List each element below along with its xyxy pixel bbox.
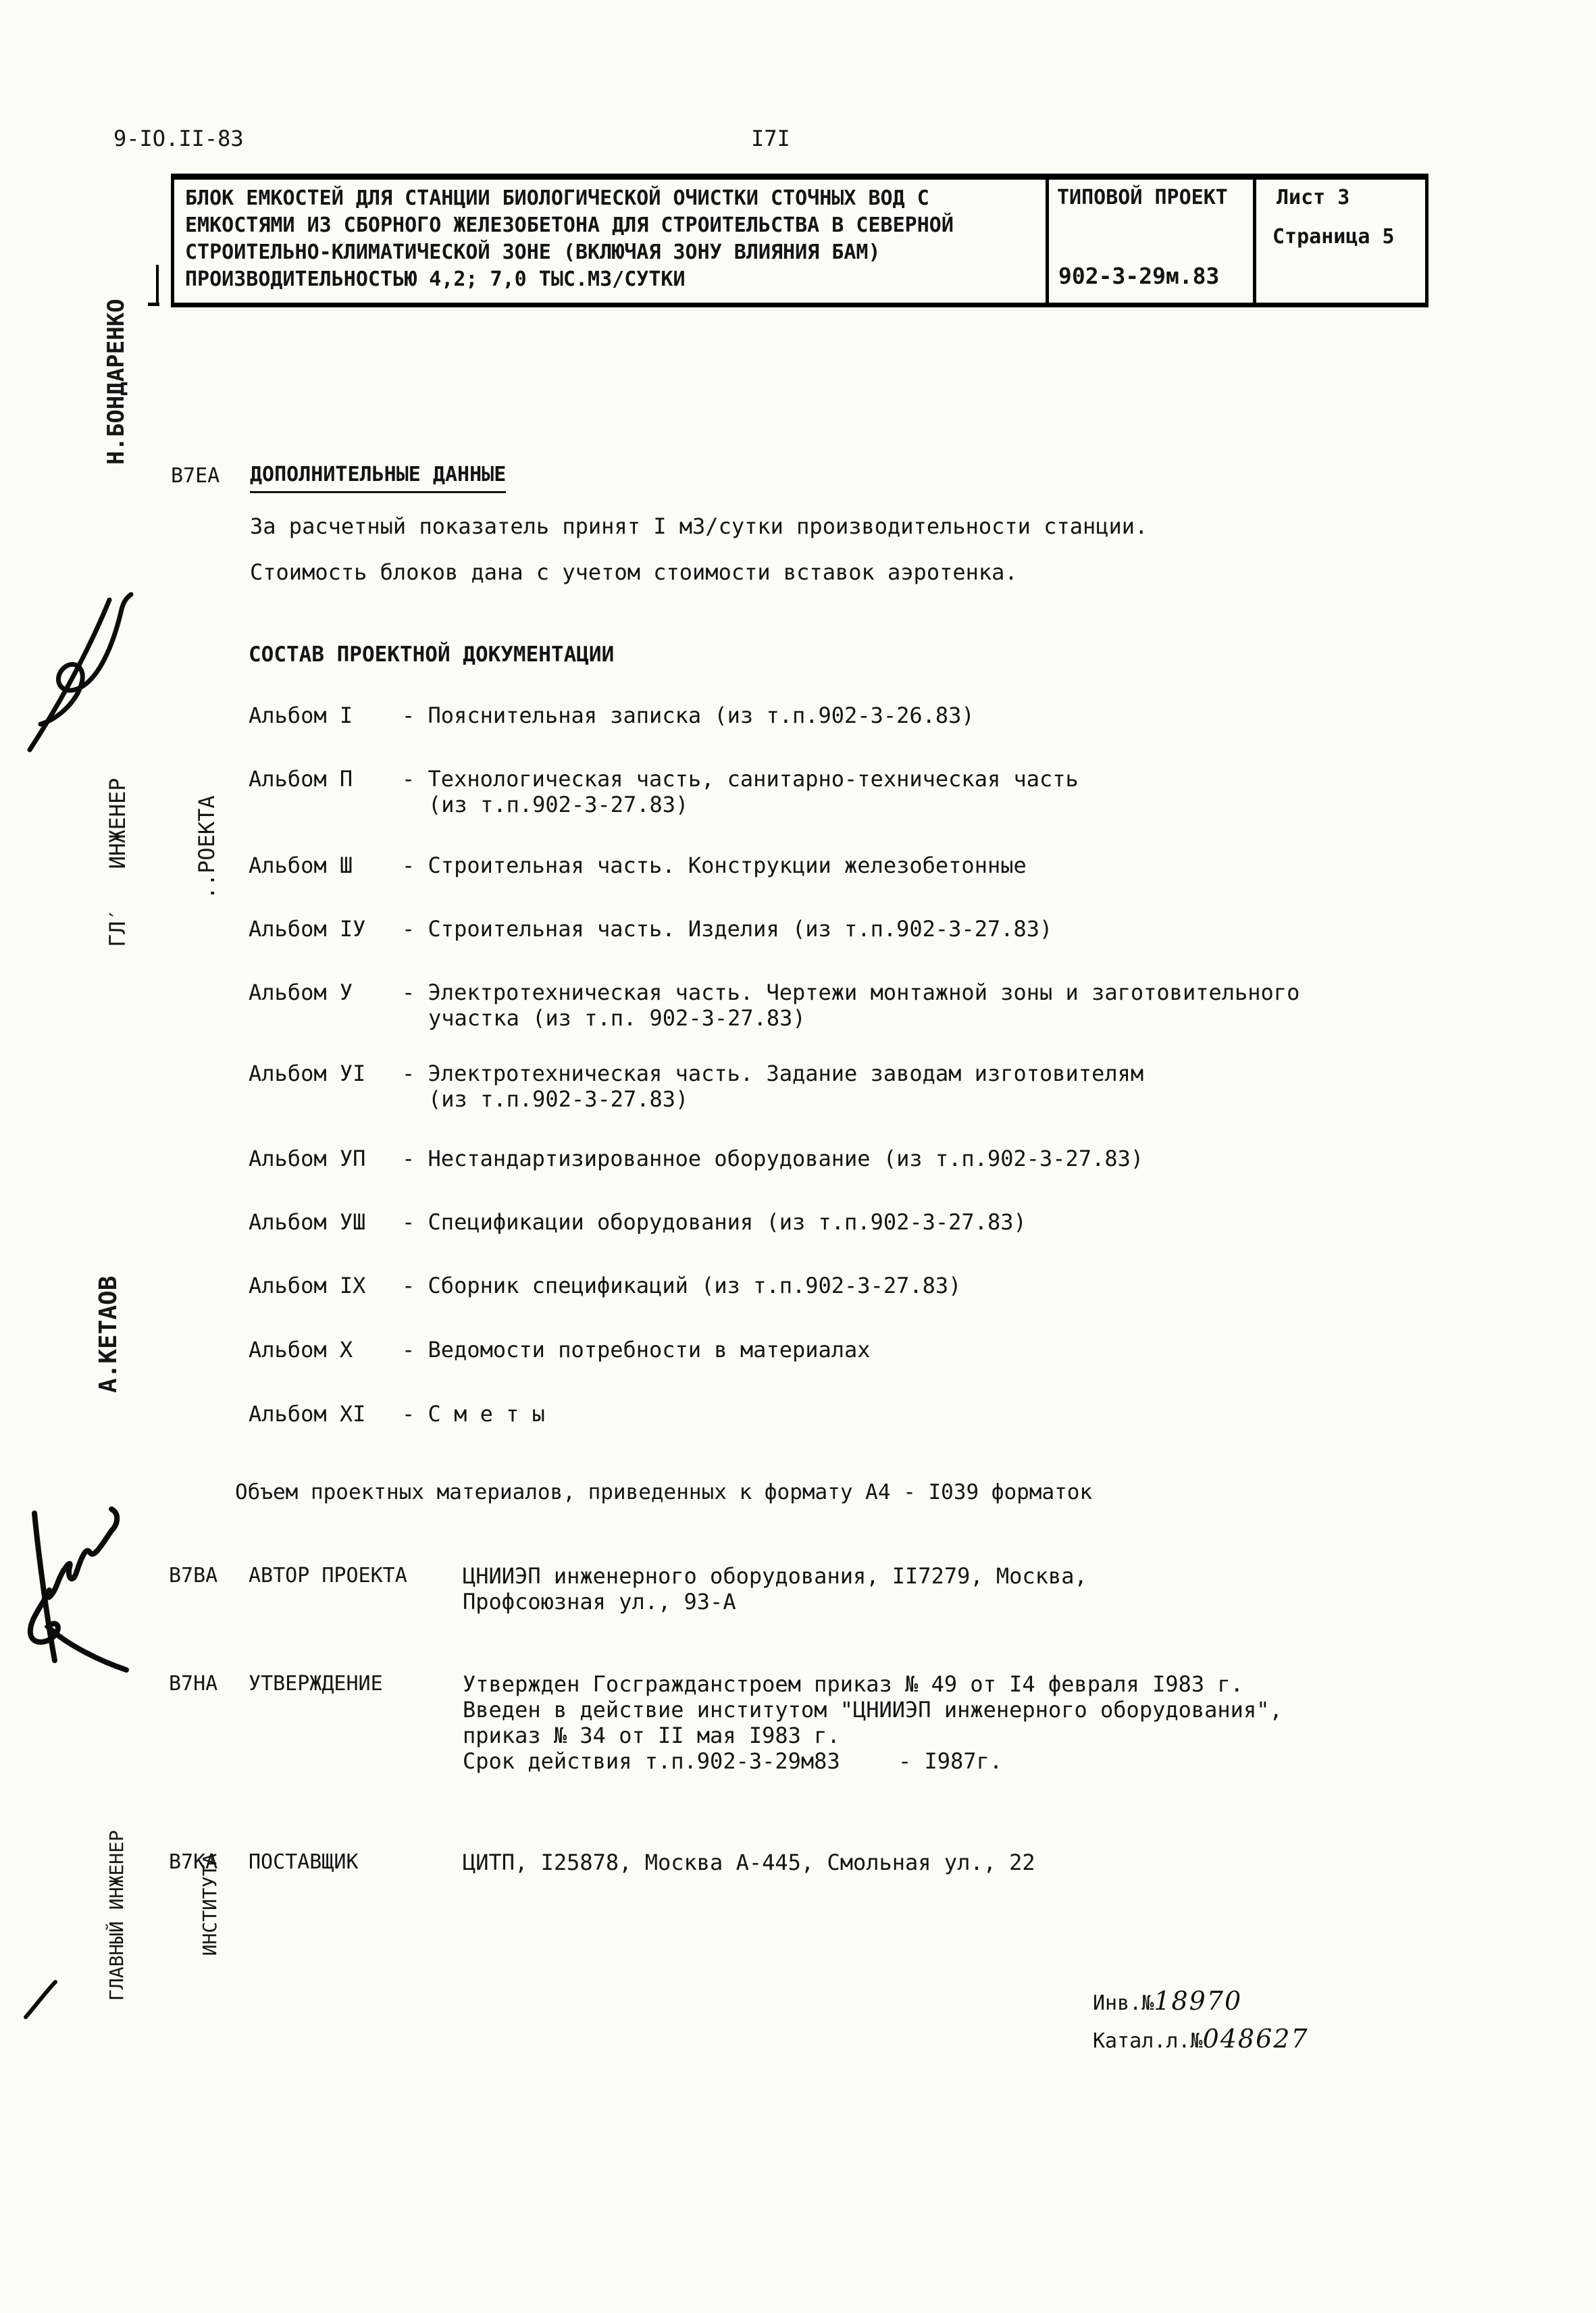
volume-note: Объем проектных материалов, приведенных … bbox=[235, 1479, 1092, 1505]
catalog-number-row: Катал.л.№048627 bbox=[1093, 2024, 1309, 2054]
section-code: В7ЕА bbox=[171, 463, 220, 489]
stamp-slash-mark bbox=[20, 1978, 61, 2021]
stamp-line: ИНСТИТУТА bbox=[195, 1808, 226, 2001]
section-value: ЦИТП, I25878, Москва А-445, Смольная ул.… bbox=[463, 1850, 1035, 1875]
album-desc-line: - Электротехническая часть. Задание заво… bbox=[402, 1061, 1143, 1086]
section-code: В7ВА bbox=[169, 1563, 217, 1589]
section-title: ДОПОЛНИТЕЛЬНЫЕ ДАННЫЕ bbox=[250, 462, 506, 493]
album-label: Альбом IУ bbox=[249, 916, 365, 942]
title-block-name-cell: БЛОК ЕМКОСТЕЙ ДЛЯ СТАНЦИИ БИОЛОГИЧЕСКОЙ … bbox=[174, 180, 1056, 303]
album-desc-line: - Нестандартизированное оборудование (из… bbox=[402, 1146, 1143, 1171]
project-number: 902-3-29м.83 bbox=[1058, 263, 1219, 289]
inventory-number-handwritten: 18970 bbox=[1154, 1986, 1242, 2016]
project-title-line: СТРОИТЕЛЬНО-КЛИМАТИЧЕСКОЙ ЗОНЕ (ВКЛЮЧАЯ … bbox=[185, 239, 1056, 266]
signature-stroke bbox=[20, 580, 135, 762]
inventory-label: Инв.№ bbox=[1093, 1991, 1154, 2015]
album-desc: - Сборник спецификаций (из т.п.902-3-27.… bbox=[402, 1273, 961, 1298]
composition-title: СОСТАВ ПРОЕКТНОЙ ДОКУМЕНТАЦИИ bbox=[249, 642, 614, 667]
chief-institute-engineer-stamp: ГЛАВНЫЙ ИНЖЕНЕР ИНСТИТУТА bbox=[39, 1808, 288, 2001]
signature bbox=[10, 1501, 132, 1680]
page-label: Страница 5 bbox=[1272, 224, 1395, 250]
value-line: ЦНИИЭП инженерного оборудования, II7279,… bbox=[463, 1563, 1087, 1589]
value-line: Срок действия т.п.902-3-29м83 bbox=[463, 1748, 1283, 1774]
validity-end-year: - I987г. bbox=[898, 1748, 1002, 1774]
album-desc-line: участка (из т.п. 902-3-27.83) bbox=[402, 1005, 1299, 1031]
album-desc-line: - Технологическая часть, санитарно-техни… bbox=[402, 766, 1079, 792]
album-desc: - С м е т ы bbox=[402, 1401, 545, 1427]
album-desc: - Спецификации оборудования (из т.п.902-… bbox=[402, 1209, 1027, 1235]
signature-stroke bbox=[10, 1501, 132, 1680]
value-line: Утвержден Госгражданстроем приказ № 49 о… bbox=[463, 1671, 1283, 1697]
album-desc: - Строительная часть. Конструкции железо… bbox=[402, 853, 1027, 878]
album-desc: - Строительная часть. Изделия (из т.п.90… bbox=[402, 916, 1052, 942]
signatory-name-vertical: Н.БОНДАРЕНКО bbox=[103, 278, 130, 465]
album-desc: - Нестандартизированное оборудование (из… bbox=[402, 1146, 1143, 1171]
value-line: Введен в действие институтом "ЦНИИЭП инж… bbox=[463, 1697, 1283, 1723]
section-value: Утвержден Госгражданстроем приказ № 49 о… bbox=[463, 1671, 1283, 1774]
album-desc: - Пояснительная записка (из т.п.902-3-26… bbox=[402, 703, 975, 728]
value-line: Профсоюзная ул., 93-А bbox=[463, 1589, 1087, 1615]
paragraph: За расчетный показатель принят I м3/сутк… bbox=[250, 513, 1148, 539]
album-label: Альбом IX bbox=[249, 1273, 365, 1298]
album-desc-line: (из т.п.902-3-27.83) bbox=[402, 1086, 1143, 1112]
document-series-code: 9-IO.II-83 bbox=[113, 126, 244, 151]
section-label: АВТОР ПРОЕКТА bbox=[249, 1563, 407, 1589]
album-desc-line: - Строительная часть. Изделия (из т.п.90… bbox=[402, 916, 1052, 942]
page-number: I7I bbox=[751, 126, 790, 151]
value-line: приказ № 34 от II мая I983 г. bbox=[463, 1723, 1283, 1748]
paragraph: Стоимость блоков дана с учетом стоимости… bbox=[250, 559, 1018, 585]
album-desc-line: - Пояснительная записка (из т.п.902-3-26… bbox=[402, 703, 975, 728]
inventory-number-row: Инв.№18970 bbox=[1093, 1986, 1242, 2016]
album-desc-line: (из т.п.902-3-27.83) bbox=[402, 792, 1079, 817]
album-desc-line: - Спецификации оборудования (из т.п.902-… bbox=[402, 1209, 1027, 1235]
album-label: Альбом Ш bbox=[249, 853, 353, 878]
value-line: ЦИТП, I25878, Москва А-445, Смольная ул.… bbox=[463, 1850, 1035, 1875]
title-block-sheet-cell: Лист 3 Страница 5 bbox=[1256, 180, 1445, 303]
stamp-line: ..РОЕКТА bbox=[192, 748, 222, 947]
title-block: БЛОК ЕМКОСТЕЙ ДЛЯ СТАНЦИИ БИОЛОГИЧЕСКОЙ … bbox=[171, 174, 1428, 307]
catalog-label: Катал.л.№ bbox=[1093, 2029, 1203, 2053]
margin-tick-foot bbox=[148, 303, 159, 306]
album-desc-line: - Сборник спецификаций (из т.п.902-3-27.… bbox=[402, 1273, 961, 1298]
album-label: Альбом П bbox=[249, 766, 353, 792]
section-label: УТВЕРЖДЕНИЕ bbox=[249, 1671, 383, 1697]
album-desc: - Электротехническая часть. Чертежи монт… bbox=[402, 980, 1299, 1031]
album-desc: - Технологическая часть, санитарно-техни… bbox=[402, 766, 1079, 817]
album-label: Альбом УШ bbox=[249, 1209, 365, 1235]
album-label: Альбом X bbox=[249, 1337, 353, 1363]
title-block-type-cell: ТИПОВОЙ ПРОЕКТ 902-3-29м.83 bbox=[1049, 180, 1253, 303]
section-value: ЦНИИЭП инженерного оборудования, II7279,… bbox=[463, 1563, 1087, 1615]
margin-tick-mark bbox=[156, 265, 159, 305]
signature bbox=[20, 580, 135, 762]
album-label: Альбом У bbox=[249, 980, 353, 1005]
album-label: Альбом УI bbox=[249, 1061, 365, 1086]
stamp-line: ГЛ′ ИНЖЕНЕР bbox=[103, 748, 132, 947]
album-desc: - Электротехническая часть. Задание заво… bbox=[402, 1061, 1143, 1112]
album-label: Альбом УП bbox=[249, 1146, 365, 1171]
scanned-document-page: 9-IO.II-83 I7I БЛОК ЕМКОСТЕЙ ДЛЯ СТАНЦИИ… bbox=[0, 0, 1596, 2313]
section-code: В7НА bbox=[169, 1671, 217, 1697]
stamp-line: ГЛАВНЫЙ ИНЖЕНЕР bbox=[101, 1808, 132, 2001]
section-label: ПОСТАВЩИК bbox=[249, 1850, 359, 1875]
signatory-name-vertical: А.КЕТАОВ bbox=[95, 1246, 123, 1393]
catalog-number-handwritten: 048627 bbox=[1203, 2024, 1309, 2054]
sheet-number: Лист 3 bbox=[1277, 185, 1349, 211]
album-desc-line: - Электротехническая часть. Чертежи монт… bbox=[402, 980, 1299, 1005]
album-label: Альбом XI bbox=[249, 1401, 365, 1427]
album-desc-line: - Строительная часть. Конструкции железо… bbox=[402, 853, 1027, 878]
album-desc-line: - Ведомости потребности в материалах bbox=[402, 1337, 871, 1363]
chief-project-engineer-stamp: ГЛ′ ИНЖЕНЕР ..РОЕКТА bbox=[43, 748, 281, 947]
section-code: В7КА bbox=[169, 1850, 217, 1875]
project-title-line: ПРОИЗВОДИТЕЛЬНОСТЬЮ 4,2; 7,0 ТЫС.М3/СУТК… bbox=[185, 266, 1056, 293]
album-desc-line: - С м е т ы bbox=[402, 1401, 545, 1427]
project-title-line: БЛОК ЕМКОСТЕЙ ДЛЯ СТАНЦИИ БИОЛОГИЧЕСКОЙ … bbox=[185, 185, 1056, 212]
project-title-line: ЕМКОСТЯМИ ИЗ СБОРНОГО ЖЕЛЕЗОБЕТОНА ДЛЯ С… bbox=[185, 212, 1056, 239]
typical-project-label: ТИПОВОЙ ПРОЕКТ bbox=[1057, 185, 1228, 211]
album-desc: - Ведомости потребности в материалах bbox=[402, 1337, 871, 1363]
album-label: Альбом I bbox=[249, 703, 353, 728]
